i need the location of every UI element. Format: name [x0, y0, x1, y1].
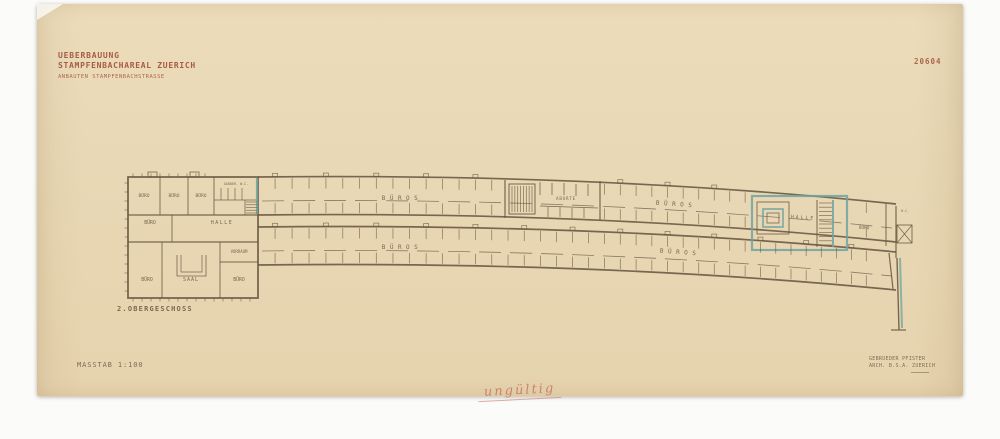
floor-label: 2.OBERGESCHOSS: [117, 305, 193, 313]
room-label-buero-6: BÜRO: [233, 276, 245, 283]
architect-line-2: ARCH. B.S.A. ZUERICH: [869, 363, 959, 370]
architect-line-1: GEBRUEDER PFISTER: [869, 356, 959, 363]
room-label-bueros-2: BÜROS: [382, 244, 423, 251]
room-label-garderobe-wc: GARDER. W.C.: [224, 182, 249, 186]
middle-core-walls: [505, 180, 600, 220]
scale-label: MASSTAB 1:100: [77, 361, 144, 369]
room-label-buero-3: BÜRO: [195, 192, 206, 199]
room-label-buero-4: BÜRO: [144, 219, 156, 226]
stair-treads: [246, 186, 832, 245]
floor-plan-drawing: BÜRO BÜRO BÜRO GARDER. W.C. BÜRO HALLE B…: [0, 0, 1000, 439]
scanned-plan-sheet: UEBERBAUUNG STAMPFENBACHAREAL ZUERICH AN…: [0, 0, 1000, 439]
room-label-halle-left: HALLE: [211, 220, 234, 226]
partition-ticks-lower-wing: [273, 223, 867, 286]
room-label-bueros-4: BÜROS: [660, 248, 701, 258]
room-label-saal: SAAL: [183, 277, 199, 283]
room-label-aborte: ABORTE: [556, 196, 576, 201]
right-core: [752, 196, 847, 250]
stamp-underline: [911, 372, 929, 373]
right-end-walls: [886, 204, 912, 330]
room-label-buero-1: BÜRO: [138, 192, 149, 199]
room-label-wc: W.C.: [901, 209, 909, 214]
partition-ticks-upper-wing: [273, 173, 867, 237]
room-label-buero-2: BÜRO: [168, 192, 179, 199]
room-label-vorraum: VORRAUM: [231, 249, 248, 254]
boundary-wall-teal: [900, 258, 902, 328]
wing-outer-walls: [258, 177, 896, 290]
room-label-buero-5: BÜRO: [141, 276, 153, 283]
room-label-bueros-1: BÜROS: [382, 195, 423, 202]
room-label-halle-right: HALLE: [791, 214, 816, 222]
architect-stamp: GEBRUEDER PFISTER ARCH. B.S.A. ZUERICH: [869, 356, 959, 373]
room-label-bueros-3: BÜROS: [656, 200, 697, 210]
